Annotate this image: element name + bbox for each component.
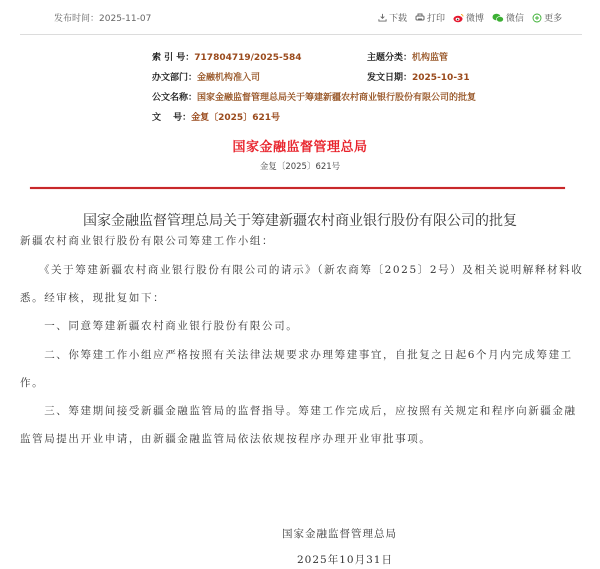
meta-topic: 主题分类：机构监管 [367,50,448,64]
signature-org: 国家金融监督管理总局 [282,526,397,541]
meta-topic-value: 机构监管 [412,53,448,63]
publish-time-value: 2025-11-07 [99,14,151,24]
more-label: 更多 [544,11,562,24]
meta-index-value: 717804719/2025-584 [194,53,301,63]
meta-docno-value: 金复〔2025〕621号 [191,113,280,123]
meta-index: 索 引 号：717804719/2025-584 [152,50,302,64]
signature-date: 2025年10月31日 [297,552,393,567]
meta-name-label: 公文名称： [152,90,197,103]
meta-dept-label: 办文部门： [152,70,197,83]
weibo-share-button[interactable]: 微博 [453,11,484,24]
print-label: 打印 [427,11,445,24]
body-line: 三、筹建期间接受新疆金融监管局的监督指导。筹建工作完成后，应按照有关规定和程序向… [20,403,577,418]
letterhead-docno: 金复〔2025〕621号 [0,160,600,172]
body-line: 作。 [20,375,44,390]
toolbar: 下载 打印 微博 微信 更多 [378,11,562,24]
download-icon [378,13,387,22]
meta-name: 公文名称：国家金融监督管理总局关于筹建新疆农村商业银行股份有限公司的批复 [152,90,476,104]
body-line: 悉。经审核，现批复如下： [20,290,165,305]
weibo-label: 微博 [466,11,484,24]
document-title: 国家金融监督管理总局关于筹建新疆农村商业银行股份有限公司的批复 [0,210,600,230]
letterhead-divider [30,187,565,189]
meta-date-value: 2025-10-31 [412,73,470,83]
publish-time: 发布时间：2025-11-07 [54,11,151,24]
meta-index-label: 索 引 号： [152,50,194,63]
weibo-icon [453,13,464,23]
print-button[interactable]: 打印 [415,11,445,24]
meta-date-label: 发文日期： [367,70,412,83]
print-icon [415,13,425,22]
meta-dept: 办文部门：金融机构准入司 [152,70,260,84]
body-line: 《关于筹建新疆农村商业银行股份有限公司的请示》（新农商筹〔2025〕2号）及相关… [20,262,583,277]
publish-time-label: 发布时间： [54,14,99,24]
meta-topic-label: 主题分类： [367,50,412,63]
body-line: 一、同意筹建新疆农村商业银行股份有限公司。 [20,318,298,333]
letterhead-org: 国家金融监督管理总局 [0,136,600,155]
wechat-share-button[interactable]: 微信 [492,11,524,24]
wechat-icon [492,13,504,23]
more-share-button[interactable]: 更多 [532,11,562,24]
wechat-label: 微信 [506,11,524,24]
meta-docno: 文 号：金复〔2025〕621号 [152,110,280,124]
meta-name-value: 国家金融监督管理总局关于筹建新疆农村商业银行股份有限公司的批复 [197,93,476,103]
top-bar: 发布时间：2025-11-07 下载 打印 微博 微信 更多 [20,0,582,35]
meta-date: 发文日期：2025-10-31 [367,70,470,84]
meta-dept-value: 金融机构准入司 [197,73,260,83]
download-button[interactable]: 下载 [378,11,407,24]
meta-docno-label: 文 号： [152,110,191,123]
salutation: 新疆农村商业银行股份有限公司筹建工作小组： [20,233,274,248]
download-label: 下载 [389,11,407,24]
more-icon [532,13,542,23]
body-line: 二、你筹建工作小组应严格按照有关法律法规要求办理筹建事宜，自批复之日起6个月内完… [20,347,573,362]
body-line: 监管局提出开业申请，由新疆金融监管局依法依规按程序办理开业审批事项。 [20,431,431,446]
